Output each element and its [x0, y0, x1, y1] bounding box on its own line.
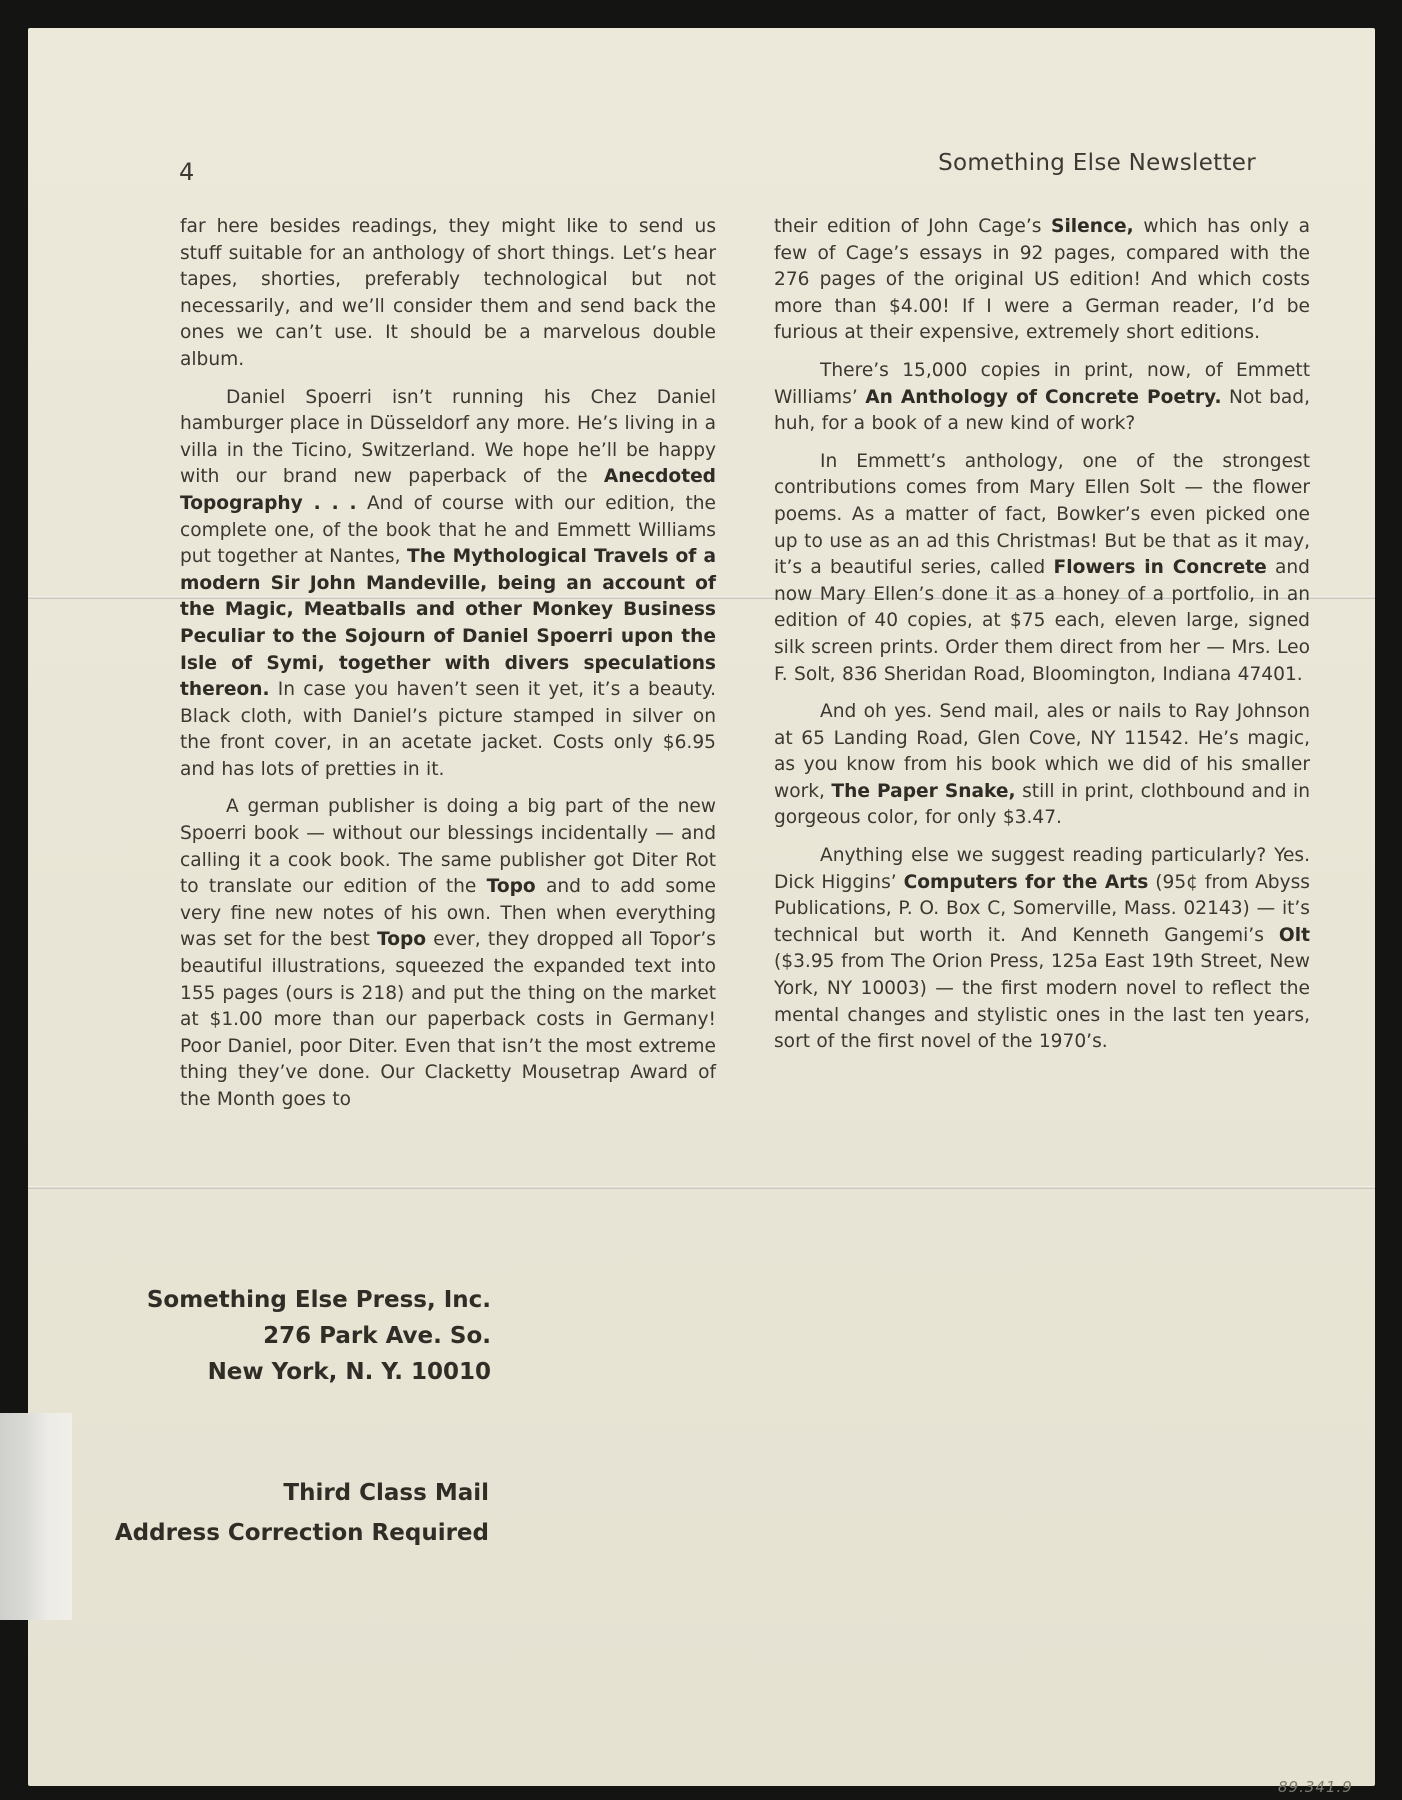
- page-number: 4: [179, 158, 194, 186]
- mail-instruction: Address Correction Required: [115, 1513, 489, 1553]
- text-run: ($3.95 from The Orion Press, 125a East 1…: [774, 951, 1310, 1052]
- fold-crease-lower: [28, 1186, 1375, 1189]
- publisher-street: 276 Park Ave. So.: [147, 1318, 491, 1354]
- book-title: An Anthology of Concrete Poetry.: [865, 387, 1221, 408]
- article-paragraph: A german publisher is doing a big part o…: [180, 794, 716, 1113]
- book-title: The Mythological Travels of a modern Sir…: [180, 546, 716, 700]
- archival-tape: [0, 1413, 72, 1620]
- mailing-notice: Third Class Mail Address Correction Requ…: [115, 1473, 489, 1553]
- article-paragraph: There’s 15,000 copies in print, now, of …: [774, 358, 1310, 438]
- book-title: Olt: [1279, 925, 1310, 946]
- scanned-page: 4 Something Else Newsletter far here bes…: [0, 0, 1402, 1800]
- article-paragraph: In Emmett’s anthology, one of the strong…: [774, 449, 1310, 688]
- return-address: Something Else Press, Inc. 276 Park Ave.…: [147, 1282, 491, 1390]
- newsletter-title: Something Else Newsletter: [938, 150, 1256, 176]
- publisher-city: New York, N. Y. 10010: [147, 1354, 491, 1390]
- book-title: Silence,: [1051, 216, 1134, 237]
- text-run: far here besides readings, they might li…: [180, 216, 716, 370]
- mail-class: Third Class Mail: [115, 1473, 489, 1513]
- article-paragraph: And oh yes. Send mail, ales or nails to …: [774, 699, 1310, 832]
- article-paragraph: Anything else we suggest reading particu…: [774, 843, 1310, 1056]
- book-title: The Paper Snake,: [831, 781, 1015, 802]
- article-paragraph: Daniel Spoerri isn’t running his Chez Da…: [180, 385, 716, 784]
- publisher-name: Something Else Press, Inc.: [147, 1282, 491, 1318]
- left-column: far here besides readings, they might li…: [180, 214, 716, 1125]
- newsletter-sheet: 4 Something Else Newsletter far here bes…: [28, 28, 1375, 1786]
- text-run: ever, they dropped all Topor’s beautiful…: [180, 929, 716, 1110]
- article-paragraph: their edition of John Cage’s Silence, wh…: [774, 214, 1310, 347]
- book-title: Computers for the Arts: [904, 872, 1149, 893]
- book-title: Topo: [377, 929, 426, 950]
- right-column: their edition of John Cage’s Silence, wh…: [774, 214, 1310, 1067]
- article-paragraph: far here besides readings, they might li…: [180, 214, 716, 374]
- book-title: Topo: [487, 876, 536, 897]
- book-title: Flowers in Concrete: [1054, 557, 1267, 578]
- accession-number: 89.341.9: [1278, 1778, 1353, 1796]
- text-run: their edition of John Cage’s: [774, 216, 1051, 237]
